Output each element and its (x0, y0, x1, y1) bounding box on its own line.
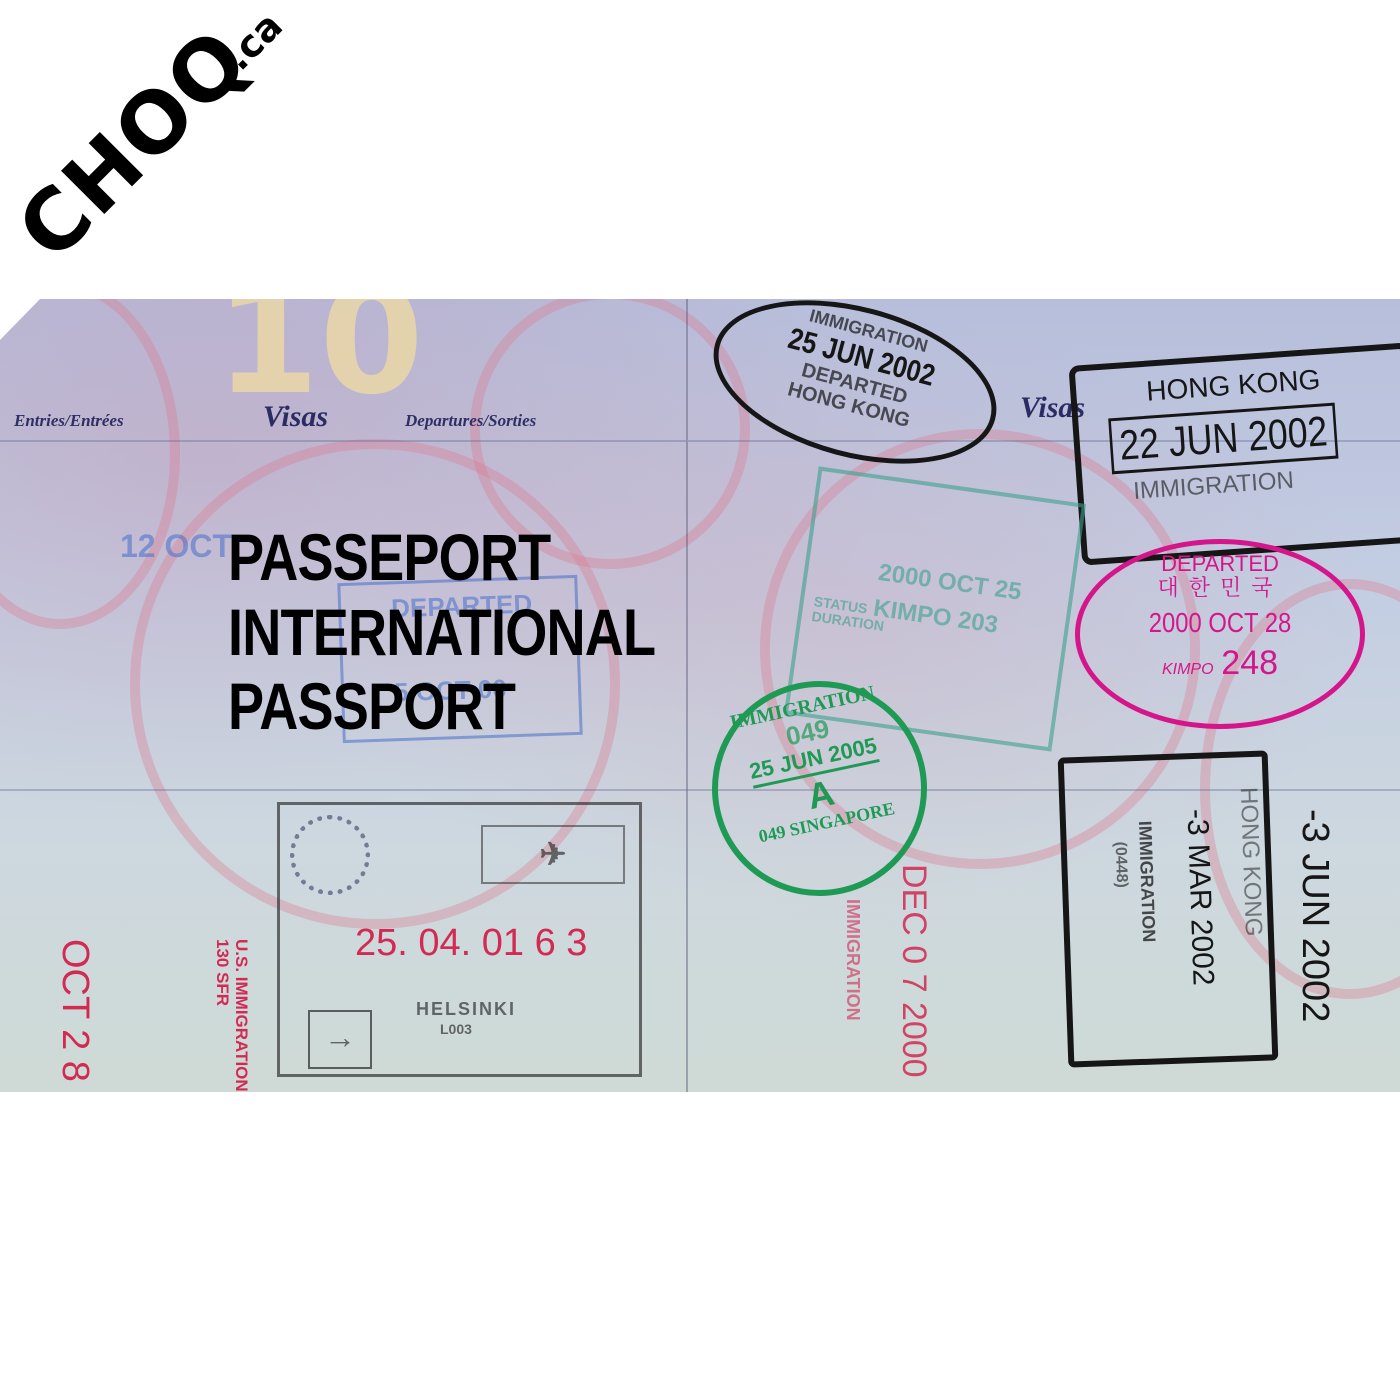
hong-kong-jun-stamp: -3 JUN 2002 (1293, 809, 1335, 1022)
departures-header: Departures/Sorties (405, 411, 536, 431)
stamp-date: 22 JUN 2002 (1108, 402, 1338, 474)
helsinki-stamp: ✈ 25. 04. 01 6 3 HELSINKI L003 → (277, 802, 642, 1077)
stamp-date: -3 JUN 2002 (1294, 809, 1336, 1022)
stamp-code: L003 (440, 1022, 472, 1037)
blue-stamp: 12 OCT (120, 529, 232, 564)
stamp-date: -3 MAR 2002 (1181, 808, 1220, 986)
choq-logo: CHOQ .ca (0, 0, 300, 300)
visas-header: Visas (263, 400, 328, 434)
page-gutter (686, 299, 688, 1092)
stamp-country: 대한민국 (1080, 576, 1360, 600)
title-line-international: INTERNATIONAL (228, 595, 655, 670)
us-immigration-stamp: OCT 2 8 (53, 939, 95, 1082)
us-dec-stamp: DEC 0 7 2000 (895, 864, 932, 1078)
stamp-date: 2000 OCT 28 (1101, 608, 1339, 639)
stamp-label: IMMIGRATION (1134, 820, 1158, 942)
stamp-place: HONG KONG (1234, 787, 1266, 937)
stamp-place-code: KIMPO 248 (1080, 645, 1360, 682)
stamp-place: HONG KONG (1145, 361, 1375, 408)
stamp-place: KIMPO (1162, 661, 1214, 678)
stamp-code: 130 SFR (213, 939, 232, 1092)
stamp-label: U.S. IMMIGRATION (231, 939, 250, 1092)
entries-header: Entries/Entrées (14, 411, 124, 431)
eu-stars-icon (290, 815, 370, 895)
stamp-date: 12 OCT (120, 528, 232, 564)
title-line-english: PASSPORT (228, 669, 655, 744)
passport-photo: 10 Entries/Entrées Visas Departures/Sort… (0, 299, 1400, 1092)
hong-kong-rect-stamp: HONG KONG 22 JUN 2002 IMMIGRATION (1068, 342, 1400, 565)
stamp-code: 248 (1221, 644, 1278, 682)
stamp-date: DEC 0 7 2000 (895, 864, 933, 1078)
stamp-place: HELSINKI (416, 1000, 516, 1020)
stamp-label: IMMIGRATION (842, 899, 862, 1021)
arrival-arrow-icon: → (308, 1010, 372, 1069)
title-line-french: PASSEPORT (228, 520, 655, 595)
airplane-icon: ✈ (481, 825, 625, 884)
stamp-code: (0448) (1111, 841, 1130, 888)
us-immigration-label: U.S. IMMIGRATION 130 SFR (213, 939, 250, 1092)
passport-title: PASSEPORT INTERNATIONAL PASSPORT (228, 520, 655, 744)
header-rule (0, 440, 686, 442)
hong-kong-vertical-stamp: -3 MAR 2002 HONG KONG IMMIGRATION (0448) (1058, 750, 1279, 1067)
stamp-label: DEPARTED (1080, 552, 1360, 576)
us-dec-label: IMMIGRATION (842, 899, 862, 1021)
korea-departure-stamp: DEPARTED 대한민국 2000 OCT 28 KIMPO 248 (1075, 539, 1365, 729)
stamp-date: OCT 2 8 (54, 939, 96, 1082)
stamp-date: 25. 04. 01 6 3 (355, 923, 587, 965)
